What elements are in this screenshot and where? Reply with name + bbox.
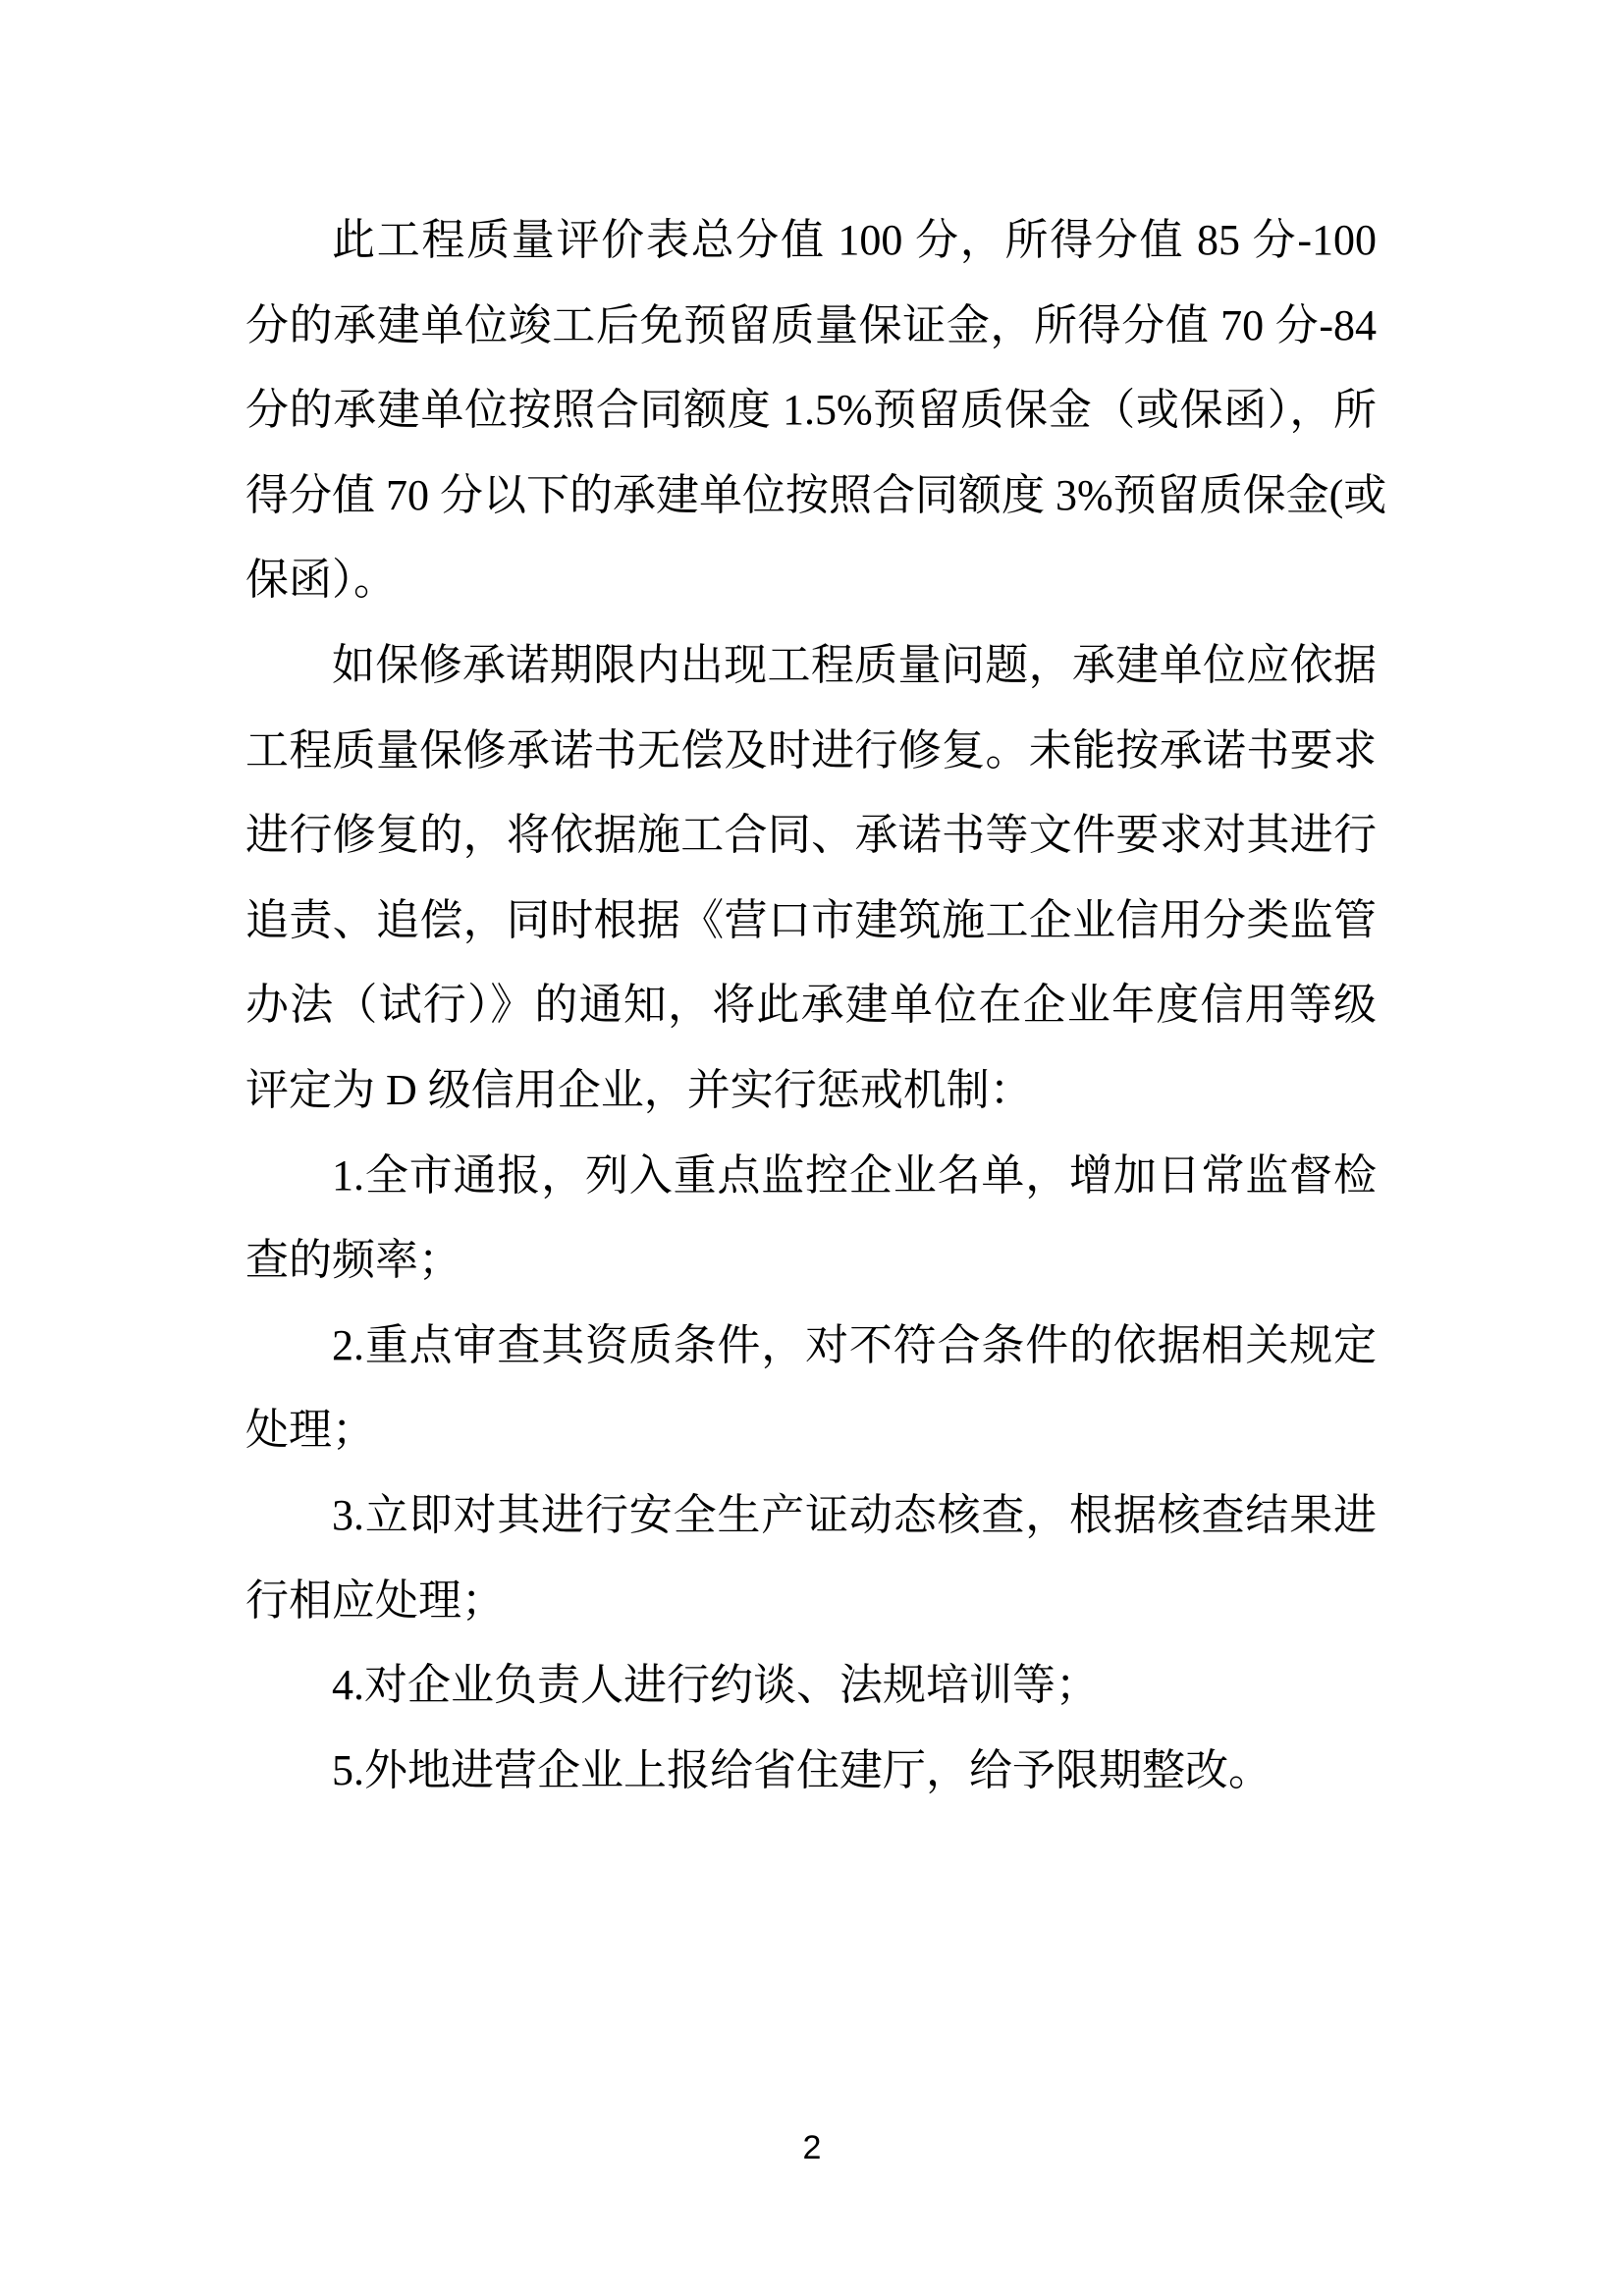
text-line: 分的承建单位竣工后免预留质量保证金，所得分值 70 分-84: [245, 284, 1377, 369]
text-line: 追责、追偿，同时根据《营口市建筑施工企业信用分类监管: [245, 879, 1377, 964]
text-line: 查的频率；: [245, 1218, 1377, 1304]
text-line: 处理；: [245, 1388, 1377, 1473]
text-line: 办法（试行）》的通知，将此承建单位在企业年度信用等级: [245, 963, 1377, 1048]
text-line: 分的承建单位按照合同额度 1.5%预留质保金（或保函），所: [245, 368, 1377, 454]
document-body: 此工程质量评价表总分值 100 分，所得分值 85 分-100分的承建单位竣工后…: [245, 198, 1377, 1813]
text-line: 3.立即对其进行安全生产证动态核查，根据核查结果进: [245, 1473, 1377, 1559]
document-page: 此工程质量评价表总分值 100 分，所得分值 85 分-100分的承建单位竣工后…: [0, 0, 1624, 2296]
text-line: 此工程质量评价表总分值 100 分，所得分值 85 分-100: [245, 198, 1377, 284]
text-line: 工程质量保修承诺书无偿及时进行修复。未能按承诺书要求: [245, 709, 1377, 794]
text-line: 2.重点审查其资质条件，对不符合条件的依据相关规定: [245, 1304, 1377, 1389]
text-line: 5.外地进营企业上报给省住建厅，给予限期整改。: [245, 1729, 1377, 1814]
text-line: 1.全市通报，列入重点监控企业名单，增加日常监督检: [245, 1134, 1377, 1219]
text-line: 得分值 70 分以下的承建单位按照合同额度 3%预留质保金(或: [245, 454, 1377, 539]
text-line: 保函）。: [245, 538, 1377, 623]
text-line: 进行修复的，将依据施工合同、承诺书等文件要求对其进行: [245, 793, 1377, 879]
text-line: 4.对企业负责人进行约谈、法规培训等；: [245, 1643, 1377, 1729]
text-line: 如保修承诺期限内出现工程质量问题，承建单位应依据: [245, 623, 1377, 709]
page-number: 2: [0, 2128, 1624, 2167]
text-line: 行相应处理；: [245, 1559, 1377, 1644]
text-line: 评定为 D 级信用企业，并实行惩戒机制：: [245, 1048, 1377, 1134]
